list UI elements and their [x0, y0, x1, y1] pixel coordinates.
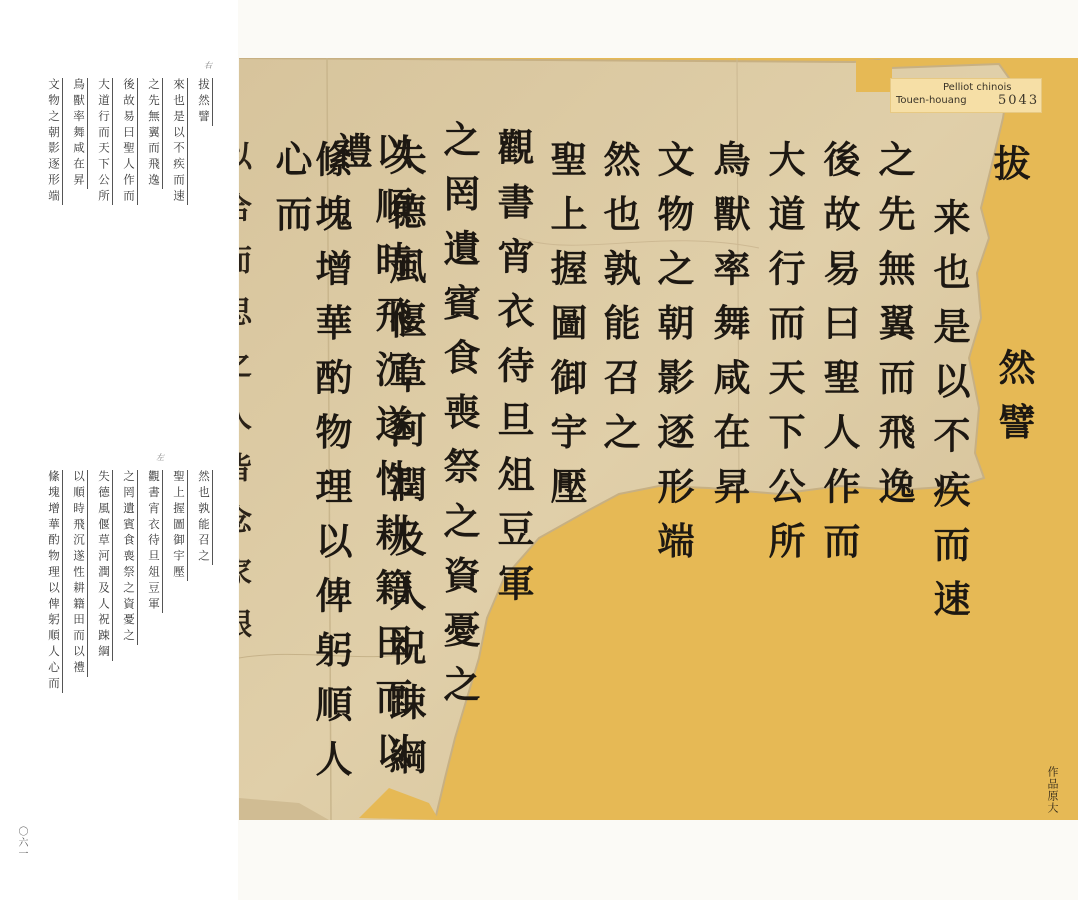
manuscript-column: 之先無翼而飛逸	[874, 140, 914, 522]
transcription-panel: 右 拔然譬 來也是以不疾而速 之先無翼而飛逸 後故易曰聖人作而 大道行而天下公所…	[0, 0, 238, 900]
manuscript-column: 之罔遺賓食喪祭之資憂之	[439, 120, 479, 720]
transcription-column: 觀書宵衣待旦俎豆軍	[148, 470, 163, 613]
manuscript-column: 聖上握圖御宇壓	[546, 140, 586, 522]
catalog-collection: Pelliot chinois	[943, 82, 1011, 93]
manuscript-column: 来也是以不疾而速	[929, 198, 969, 634]
manuscript-column: 拔	[989, 144, 1029, 199]
transcription-column: 之先無翼而飛逸	[148, 78, 163, 189]
page-number: 〇六一	[14, 826, 29, 859]
manuscript-column: 觀書宵衣待旦俎豆軍	[493, 128, 533, 619]
manuscript-edge-fragment: 以合而思之人皆念家根	[239, 140, 249, 660]
transcription-column: 大道行而天下公所	[98, 78, 113, 205]
transcription-column: 聖上握圖御宇壓	[173, 470, 188, 581]
catalog-label: Pelliot chinois Touen-houang 5043	[890, 78, 1042, 113]
manuscript-partial-column: 然譬	[994, 348, 1034, 457]
section-label-right: 右	[204, 60, 212, 71]
catalog-number: 5043	[998, 93, 1039, 108]
transcription-column: 之罔遺賓食喪祭之資憂之	[123, 470, 138, 645]
manuscript-column: 絛塊增華酌物理以俾躬順人心而	[271, 140, 351, 820]
catalog-location: Touen-houang	[896, 95, 967, 106]
transcription-column: 來也是以不疾而速	[173, 78, 188, 205]
section-label-left: 左	[156, 452, 164, 463]
transcription-column: 文物之朝影逐形端	[48, 78, 63, 205]
transcription-column: 失德風偃草河潤及人祝踈綱	[98, 470, 113, 661]
manuscript-image: 拔 来也是以不疾而速 之先無翼而飛逸 後故易曰聖人作而 大道行而天下公所 鳥獸率…	[239, 58, 1078, 820]
manuscript-column: 鳥獸率舞咸在昇	[709, 140, 749, 522]
transcription-column: 拔然譬	[198, 78, 213, 126]
actual-size-note: 作品原大	[1044, 766, 1060, 814]
manuscript-column: 文物之朝影逐形端	[653, 140, 693, 576]
manuscript-column: 然也孰能召之	[599, 140, 639, 467]
transcription-column: 絛塊增華酌物理以俾躬順人心而	[48, 470, 63, 693]
transcription-column: 然也孰能召之	[198, 470, 213, 565]
transcription-column: 後故易曰聖人作而	[123, 78, 138, 205]
manuscript-column: 後故易曰聖人作而	[819, 140, 859, 576]
transcription-column: 以順時飛沉遂性耕籍田而以禮	[73, 470, 88, 677]
manuscript-column: 大道行而天下公所	[764, 140, 804, 576]
transcription-column: 鳥獸率舞咸在昇	[73, 78, 88, 189]
